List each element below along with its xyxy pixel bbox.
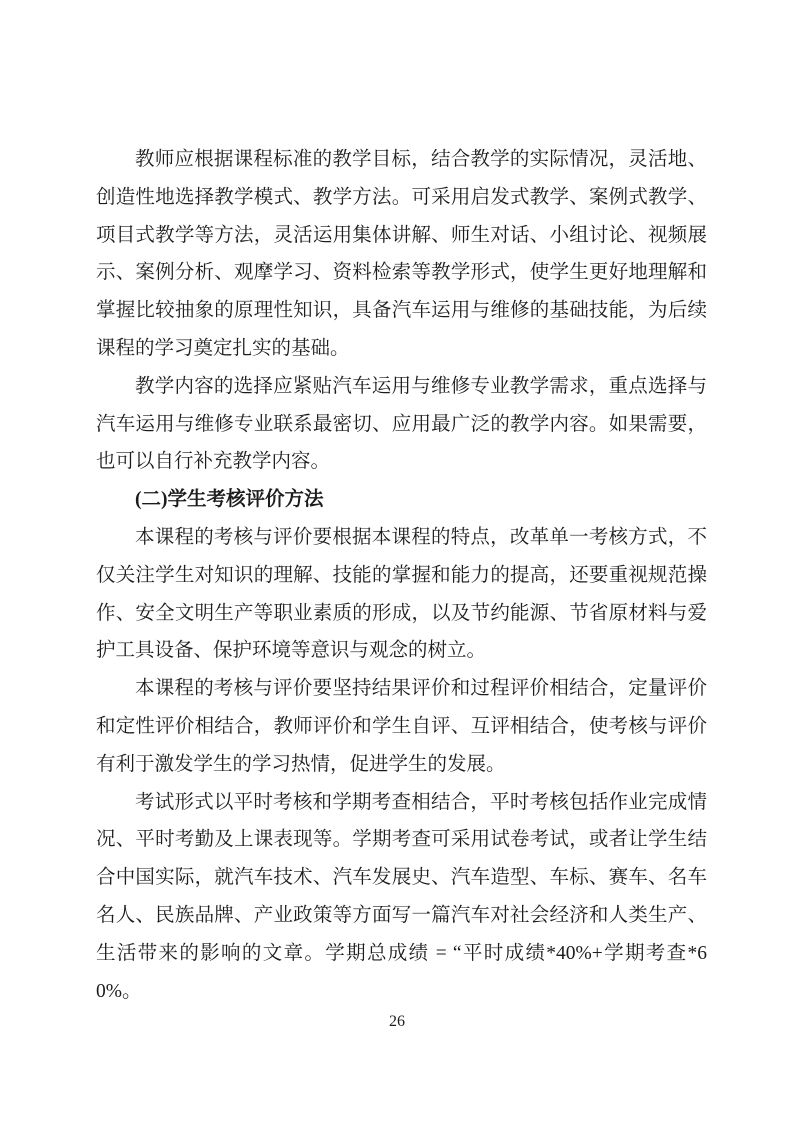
paragraph-exam-format-and-grade-formula: 考试形式以平时考核和学期考查相结合，平时考核包括作业完成情况、平时考勤及上课表现… (96, 784, 707, 1011)
document-page: 教师应根据课程标准的教学目标，结合教学的实际情况，灵活地、创造性地选择教学模式、… (0, 0, 794, 1122)
paragraph-assessment-reform: 本课程的考核与评价要根据本课程的特点，改革单一考核方式，不仅关注学生对知识的理解… (96, 519, 707, 670)
page-content: 教师应根据课程标准的教学目标，结合教学的实际情况，灵活地、创造性地选择教学模式、… (96, 141, 707, 1010)
paragraph-teaching-content-selection: 教学内容的选择应紧贴汽车运用与维修专业教学需求，重点选择与汽车运用与维修专业联系… (96, 368, 707, 481)
paragraph-assessment-combination: 本课程的考核与评价要坚持结果评价和过程评价相结合，定量评价和定性评价相结合，教师… (96, 670, 707, 783)
paragraph-teaching-methods: 教师应根据课程标准的教学目标，结合教学的实际情况，灵活地、创造性地选择教学模式、… (96, 141, 707, 368)
section-heading-student-assessment: (二)学生考核评价方法 (96, 481, 707, 519)
page-number: 26 (0, 1012, 794, 1032)
